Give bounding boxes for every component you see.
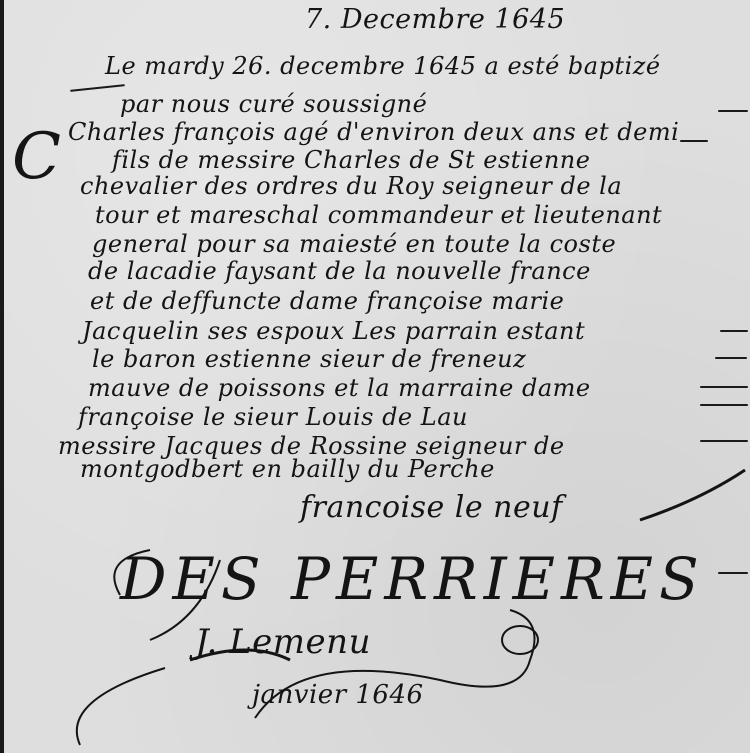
manuscript-page: C 7. Decembre 1645 Le mardy 26. decembre… — [0, 0, 750, 753]
signature-flourish-icon — [0, 0, 750, 753]
